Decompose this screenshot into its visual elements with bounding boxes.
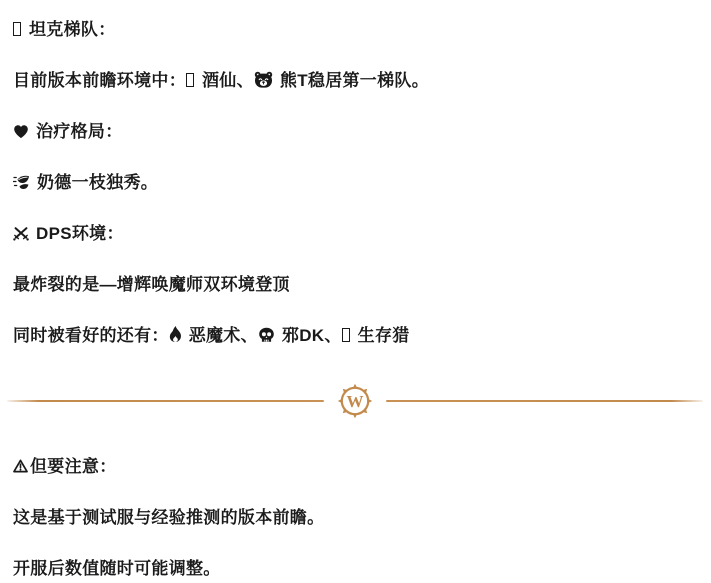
notice-heading-label: 但要注意：	[30, 457, 117, 476]
dps-body-2-prefix: 同时被看好的还有：	[13, 326, 169, 345]
dps-body-2-hunter: 生存猎	[358, 326, 410, 345]
dps-body-1-text: 最炸裂的是—增辉唤魔师双环境登顶	[13, 275, 290, 294]
heart-icon	[13, 124, 29, 139]
notice-body-1-text: 这是基于测试服与经验推测的版本前瞻。	[13, 508, 324, 527]
dps-body-2-warlock: 恶魔术、	[189, 326, 258, 345]
dps-body-2: 同时被看好的还有： 恶魔术、 邪DK、生存猎	[13, 325, 697, 347]
section-divider: W	[7, 383, 703, 419]
tank-body: 目前版本前瞻环境中：酒仙、 熊T稳居第一梯队。	[13, 70, 697, 92]
dps-body-1: 最炸裂的是—增辉唤魔师双环境登顶	[13, 274, 697, 296]
notice-body-2: 开服后数值随时可能调整。	[13, 558, 697, 580]
tank-heading: 坦克梯队：	[13, 19, 697, 41]
tank-heading-label: 坦克梯队：	[29, 20, 116, 39]
wow-logo-icon: W	[337, 383, 373, 419]
notice-body-2-text: 开服后数值随时可能调整。	[13, 559, 221, 578]
missing-glyph-icon	[186, 73, 194, 87]
crossed-swords-icon	[13, 227, 29, 241]
dps-heading: DPS环境：	[13, 223, 697, 245]
healer-body-label: 奶德一枝独秀。	[37, 173, 158, 192]
healer-body: 奶德一枝独秀。	[13, 172, 697, 194]
tank-body-prefix: 目前版本前瞻环境中：	[13, 71, 186, 90]
bear-face-icon	[254, 71, 273, 88]
missing-glyph-icon	[13, 22, 21, 36]
fire-icon	[169, 326, 182, 343]
warning-icon	[13, 459, 28, 473]
healer-heading: 治疗格局：	[13, 121, 697, 143]
dps-body-2-dk: 邪DK、	[282, 326, 342, 345]
wow-logo-letter: W	[347, 392, 364, 411]
tank-body-brewmaster: 酒仙、	[202, 71, 254, 90]
dps-heading-label: DPS环境：	[36, 224, 124, 243]
divider-rule-right	[386, 400, 703, 402]
healer-heading-label: 治疗格局：	[36, 122, 123, 141]
missing-glyph-icon	[342, 328, 350, 342]
notice-body-1: 这是基于测试服与经验推测的版本前瞻。	[13, 507, 697, 529]
divider-rule-left	[7, 400, 324, 402]
article-body: 坦克梯队： 目前版本前瞻环境中：酒仙、 熊T稳居第一梯队。 治疗格局： 奶德一枝…	[0, 0, 711, 580]
skull-icon	[258, 327, 275, 343]
leaf-icon	[13, 174, 30, 190]
notice-heading: 但要注意：	[13, 456, 697, 478]
tank-body-bear: 熊T稳居第一梯队。	[280, 71, 429, 90]
